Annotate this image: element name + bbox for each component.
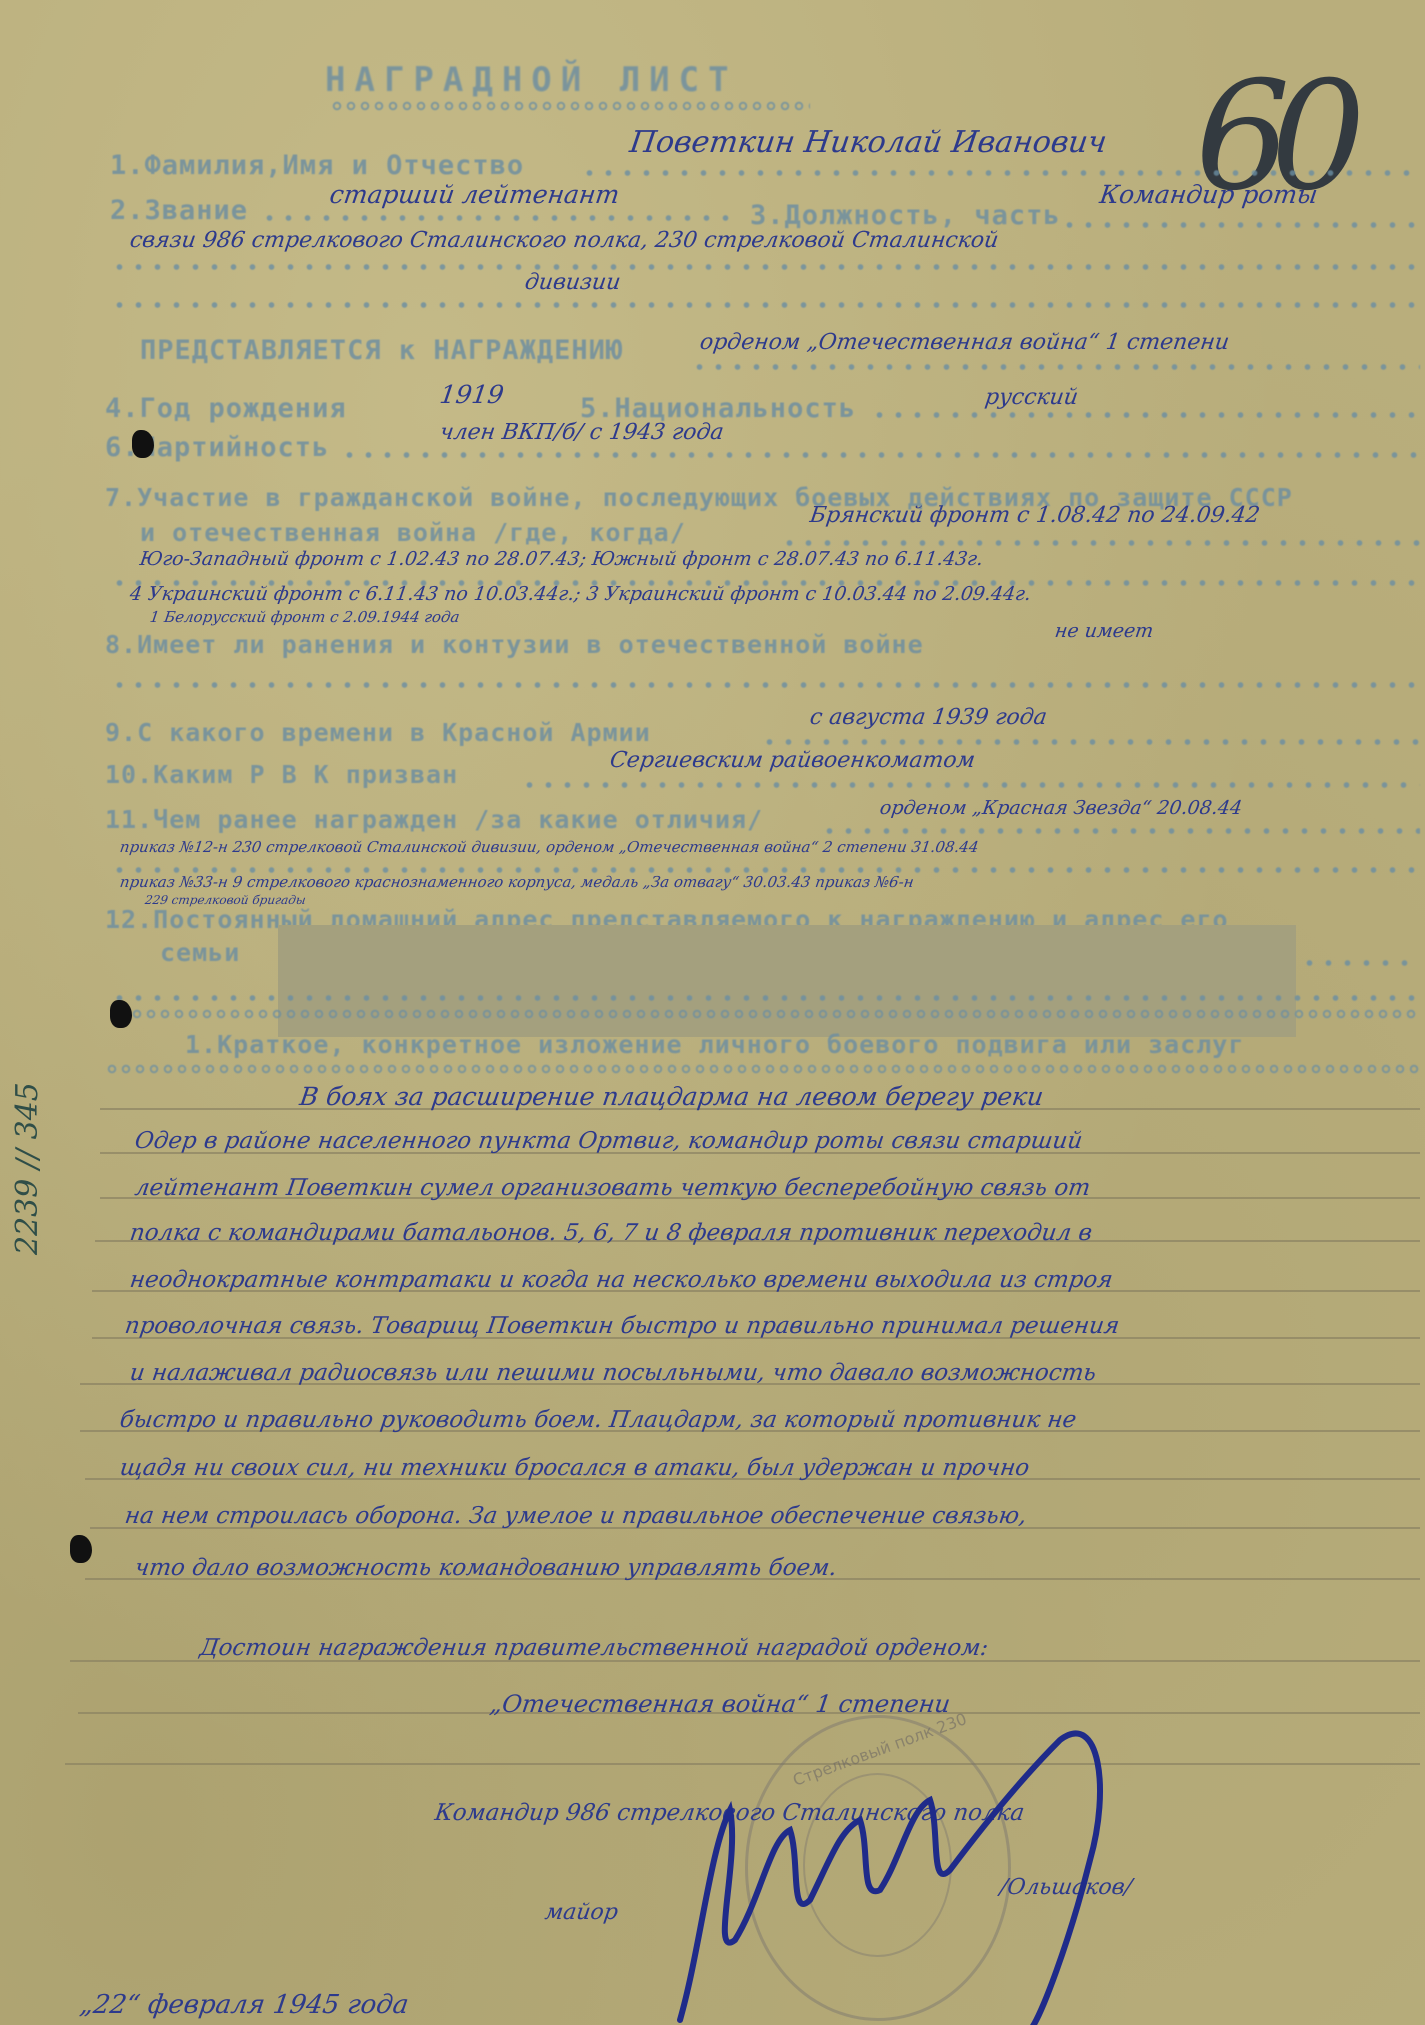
- field-11-value-3: приказ №33-н 9 стрелкового краснознаменн…: [119, 873, 915, 891]
- field-12-dots-2: [110, 993, 1420, 1003]
- field-4-value: 1919: [438, 380, 506, 409]
- title-underline: [330, 100, 810, 112]
- field-11-dots-1: [820, 826, 1420, 836]
- field-11-label: 11.Чем ранее награжден /за какие отличия…: [105, 805, 763, 834]
- award-sheet: 60 НАГРАДНОЙ ЛИСТ 1.Фамилия,Имя и Отчест…: [0, 0, 1425, 2025]
- field-2-value: старший лейтенант: [328, 180, 621, 209]
- punch-hole: [132, 430, 154, 458]
- field-8-dots: [110, 680, 1420, 690]
- narrative-line: и налаживал радиосвязь или пешими посыль…: [128, 1360, 1098, 1386]
- field-11-value-1: орденом „Красная Звезда“ 20.08.44: [878, 797, 1243, 819]
- field-3-dots: [1060, 220, 1420, 230]
- field-7-value-1: Брянский фронт с 1.08.42 по 24.09.42: [808, 503, 1261, 528]
- field-7-dots-1: [780, 538, 1420, 548]
- field-12-label-2: семьи: [160, 938, 240, 967]
- field-2-dots: [260, 213, 740, 223]
- field-10-dots: [520, 780, 1420, 790]
- field-3-dots-2: [110, 262, 1420, 272]
- field-1-value: Поветкин Николай Иванович: [628, 125, 1109, 160]
- narrative-line: что дало возможность командованию управл…: [133, 1555, 838, 1581]
- field-7-value-4: 1 Белорусский фронт с 2.09.1944 года: [149, 608, 461, 626]
- section-heading: 1.Краткое, конкретное изложение личного …: [185, 1030, 1244, 1059]
- field-4-label: 4.Год рождения: [105, 393, 347, 424]
- punch-hole: [70, 1535, 92, 1563]
- commander-rank: майор: [543, 1900, 619, 1925]
- field-3-value-2: связи 986 стрелкового Сталинского полка,…: [128, 228, 1000, 253]
- field-7-label-2: и отечественная война /где, когда/: [140, 518, 686, 547]
- field-6-value: член ВКП/б/ с 1943 года: [438, 420, 725, 445]
- field-5-dots: [870, 410, 1420, 420]
- narrative-line: лейтенант Поветкин сумел организовать че…: [133, 1175, 1092, 1201]
- field-10-label: 10.Каким Р В К призван: [105, 760, 458, 789]
- field-10-value: Сергиевским райвоенкоматом: [608, 748, 976, 773]
- narrative-line: неоднократные контратаки и когда на неск…: [128, 1267, 1114, 1293]
- field-5-value: русский: [983, 385, 1079, 410]
- narrative-line: Одер в районе населенного пункта Ортвиг,…: [133, 1128, 1084, 1154]
- field-3-label: 3.Должность, часть: [750, 200, 1061, 231]
- document-date: „22“ февраля 1945 года: [78, 1990, 411, 2020]
- archive-number: 2239 // 345: [10, 1082, 45, 1255]
- nominated-dots: [690, 362, 1420, 372]
- field-9-label: 9.С какого времени в Красной Армии: [105, 718, 651, 747]
- narrative-line: полка с командирами батальонов. 5, 6, 7 …: [128, 1220, 1094, 1246]
- field-8-value: не имеет: [1053, 620, 1154, 642]
- field-11-value-2: приказ №12-н 230 стрелковой Сталинской д…: [119, 838, 980, 856]
- field-7-value-3: 4 Украинский фронт с 6.11.43 по 10.03.44…: [128, 583, 1032, 605]
- field-3-value-3: дивизии: [523, 270, 622, 295]
- narrative-line: на нем строилась оборона. За умелое и пр…: [123, 1503, 1028, 1529]
- punch-hole: [110, 1000, 132, 1028]
- narrative-line: проволочная связь. Товарищ Поветкин быст…: [123, 1313, 1121, 1339]
- recommendation-line: Достоин награждения правительственной на…: [198, 1635, 990, 1661]
- redacted-address: [278, 925, 1296, 1037]
- field-3-value-1: Командир роты: [1098, 180, 1320, 209]
- field-12-dots: [1300, 958, 1420, 968]
- nominated-label: ПРЕДСТАВЛЯЕТСЯ к НАГРАЖДЕНИЮ: [140, 335, 623, 366]
- field-8-label: 8.Имеет ли ранения и контузии в отечеств…: [105, 630, 924, 659]
- field-6-dots: [340, 450, 1420, 460]
- field-9-value: с августа 1939 года: [808, 705, 1048, 730]
- section-divider-bottom: [105, 1063, 1420, 1075]
- document-title: НАГРАДНОЙ ЛИСТ: [325, 60, 738, 100]
- field-1-label: 1.Фамилия,Имя и Отчество: [110, 150, 524, 181]
- narrative-line: В боях за расширение плацдарма на левом …: [298, 1082, 1045, 1111]
- field-9-dots: [760, 737, 1420, 747]
- narrative-line: быстро и правильно руководить боем. Плац…: [118, 1407, 1078, 1433]
- section-divider-top: [130, 1008, 1420, 1020]
- field-3-dots-3: [110, 300, 1420, 310]
- signature-scribble-icon: [640, 1700, 1220, 2025]
- field-7-value-2: Юго-Западный фронт с 1.02.43 по 28.07.43…: [138, 548, 984, 570]
- field-1-dots: [580, 168, 1420, 178]
- nominated-value: орденом „Отечественная война“ 1 степени: [698, 330, 1231, 355]
- narrative-line: щадя ни своих сил, ни техники бросался в…: [118, 1455, 1031, 1481]
- field-2-label: 2.Звание: [110, 195, 248, 226]
